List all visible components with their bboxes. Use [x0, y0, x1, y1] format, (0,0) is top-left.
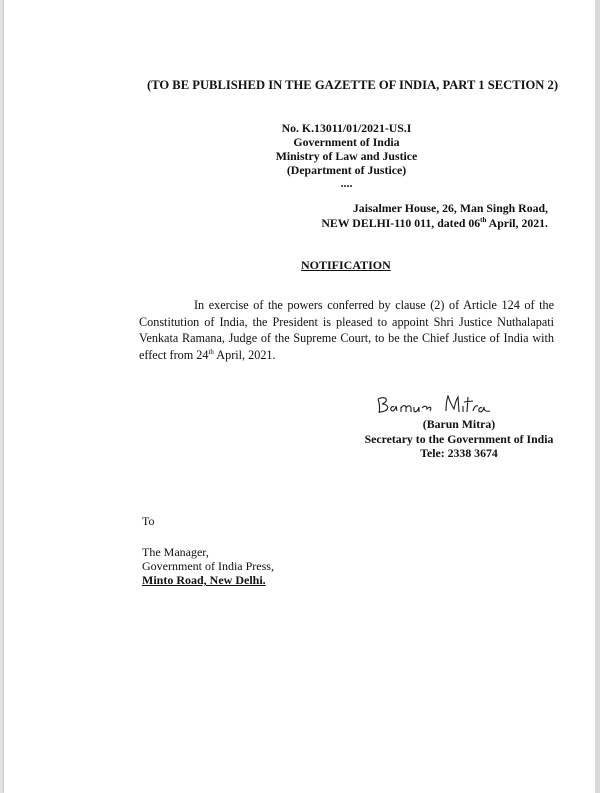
notification-title: NOTIFICATION [301, 258, 391, 273]
address-date-prefix: NEW DELHI-110 011, dated 06 [321, 216, 480, 230]
signatory-title: Secretary to the Government of India [361, 432, 557, 447]
government-line: Government of India [254, 135, 439, 149]
address-line-1: Jaisalmer House, 26, Man Singh Road, [353, 201, 548, 216]
recipient-line-2: Government of India Press, [142, 559, 274, 574]
separator-dots: .... [254, 176, 439, 190]
recipient-line-1: The Manager, [142, 545, 209, 560]
document-page: (TO BE PUBLISHED IN THE GAZETTE OF INDIA… [4, 0, 595, 793]
recipient-line-3: Minto Road, New Delhi. [142, 573, 266, 588]
to-label: To [142, 514, 155, 529]
address-line-2: NEW DELHI-110 011, dated 06th April, 202… [321, 216, 548, 231]
department-line: (Department of Justice) [254, 163, 439, 177]
body-text: In exercise of the powers conferred by c… [139, 298, 554, 362]
address-date-suffix: April, 2021. [486, 216, 548, 230]
reference-number: No. K.13011/01/2021-US.I [254, 121, 439, 135]
signatory-phone: Tele: 2338 3674 [361, 446, 557, 461]
scrollbar[interactable] [595, 0, 600, 793]
signatory-name: (Barun Mitra) [361, 417, 557, 432]
ministry-line: Ministry of Law and Justice [254, 149, 439, 163]
handwritten-signature-icon [374, 393, 524, 417]
body-text-end: April, 2021. [214, 348, 276, 362]
gazette-header: (TO BE PUBLISHED IN THE GAZETTE OF INDIA… [147, 78, 558, 93]
notification-body: In exercise of the powers conferred by c… [139, 297, 554, 363]
